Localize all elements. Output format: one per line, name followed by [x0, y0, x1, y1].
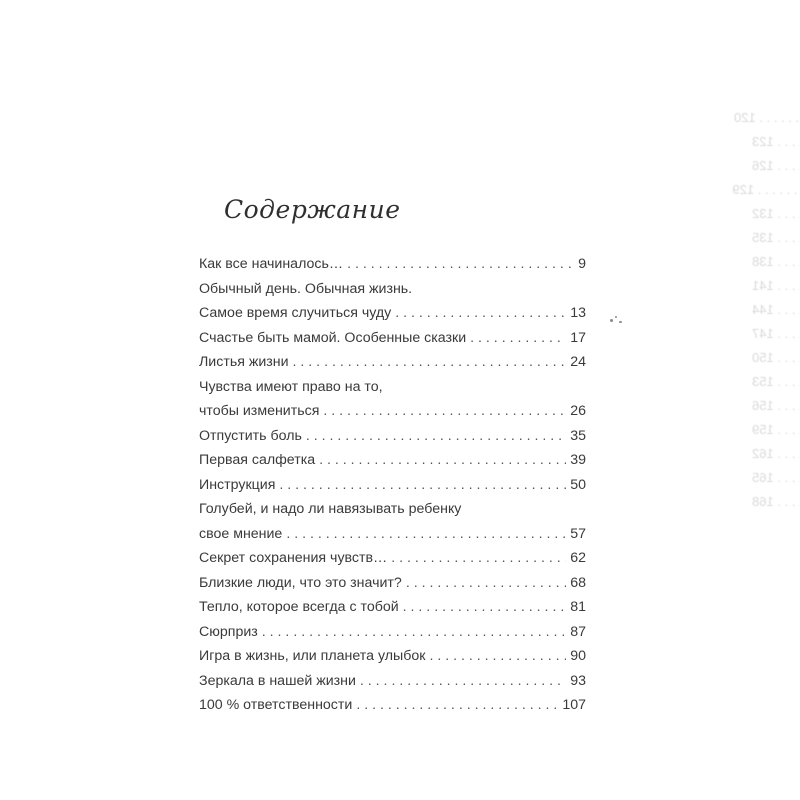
- bleed-through-text: Глухой стук и тихий голос . . . . . . . …: [752, 106, 800, 514]
- toc-entry: 100 % ответственности107: [199, 697, 586, 722]
- toc-entry-title: свое мнение: [199, 526, 282, 542]
- toc-entry-title: Тепло, которое всегда с тобой: [199, 599, 399, 615]
- toc-entry-page-number: 62: [570, 550, 586, 566]
- toc-entry-page-number: 90: [570, 648, 586, 664]
- bleed-through-line: Время . . . . . . . . 156: [752, 394, 800, 418]
- toc-entry: Отпустить боль35: [199, 428, 586, 453]
- toc-entry: Секрет сохранения чувств…62: [199, 550, 586, 575]
- bleed-through-line: Розовые облака . . . . . . . . 123: [752, 130, 800, 154]
- toc-entry-page-number: 39: [570, 452, 586, 468]
- bleed-through-line: Сумасшедшие . . . . . . . . 147: [752, 322, 800, 346]
- toc-entry-title: Первая салфетка: [199, 452, 315, 468]
- toc-entry-title: Инструкция: [199, 477, 275, 493]
- bleed-through-line: Сладкое одиночество . . . . . . . . 138: [752, 250, 800, 274]
- toc-entry: Игра в жизнь, или планета улыбок90: [199, 648, 586, 673]
- dot-leader: [360, 673, 566, 689]
- bleed-through-line: Знакомство . . . . . . . . 135: [752, 226, 800, 250]
- toc-entry-page-number: 13: [570, 305, 586, 321]
- toc-entry: Близкие люди, что это значит?68: [199, 575, 586, 600]
- bleed-through-line: Надежда . . . . . . . . 162: [752, 442, 800, 466]
- toc-entry: Как все начиналось…9: [199, 256, 586, 281]
- dot-leader: [306, 428, 566, 444]
- toc-entry-title: 100 % ответственности: [199, 697, 352, 713]
- dot-leader: [356, 697, 558, 713]
- dot-leader: [429, 648, 566, 664]
- toc-entry: Листья жизни24: [199, 354, 586, 379]
- dot-leader: [262, 624, 566, 640]
- toc-entry: свое мнение57: [199, 526, 586, 551]
- toc-entry-page-number: 9: [578, 256, 586, 272]
- toc-entry-title: Счастье быть мамой. Особенные сказки: [199, 330, 466, 346]
- toc-entry: Инструкция50: [199, 477, 586, 502]
- toc-entry-page-number: 57: [570, 526, 586, 542]
- bleed-through-line: Когда начинается счастье . . . . . . . .…: [752, 178, 800, 202]
- dot-leader: [403, 599, 567, 615]
- toc-entry: Обычный день. Обычная жизнь.: [199, 281, 586, 306]
- bleed-through-line: Утренний кофе . . . . . . . . 141: [752, 274, 800, 298]
- toc-entry-page-number: 26: [570, 403, 586, 419]
- bleed-through-line: Перемены . . . . . . . . 159: [752, 418, 800, 442]
- toc-entry-title: чтобы измениться: [199, 403, 319, 419]
- bleed-through-line: Глухой стук и тихий голос . . . . . . . …: [752, 106, 800, 130]
- toc-entry-title: Как все начиналось…: [199, 256, 343, 272]
- dot-leader: [293, 354, 567, 370]
- dot-leader: [391, 550, 566, 566]
- bleed-through-line: История жизни . . . . . . . . 126: [752, 154, 800, 178]
- toc-entry: Счастье быть мамой. Особенные сказки17: [199, 330, 586, 355]
- dot-leader: [406, 575, 566, 591]
- toc-entry-page-number: 35: [570, 428, 586, 444]
- dot-leader: [395, 305, 566, 321]
- toc-entry-title: Обычный день. Обычная жизнь.: [199, 281, 412, 297]
- dot-leader: [470, 330, 566, 346]
- toc-entry: Голубей, и надо ли навязывать ребенку: [199, 501, 586, 526]
- toc-entry: Сюрприз87: [199, 624, 586, 649]
- toc-entry-page-number: 17: [570, 330, 586, 346]
- toc-entry-page-number: 87: [570, 624, 586, 640]
- toc-entry-title: Чувства имеют право на то,: [199, 379, 383, 395]
- toc-entry-page-number: 93: [570, 673, 586, 689]
- bleed-through-line: Нежность . . . . . . . . 150: [752, 346, 800, 370]
- bleed-through-line: Свободный выбор . . . . . . . . 132: [752, 202, 800, 226]
- toc-entry-page-number: 81: [570, 599, 586, 615]
- page-title: Содержание: [224, 195, 401, 224]
- toc-entry-title: Близкие люди, что это значит?: [199, 575, 402, 591]
- toc-entry-page-number: 68: [570, 575, 586, 591]
- toc-entry-page-number: 50: [570, 477, 586, 493]
- toc-entry-title: Секрет сохранения чувств…: [199, 550, 387, 566]
- toc-entry-title: Самое время случиться чуду: [199, 305, 391, 321]
- dot-leader: [347, 256, 574, 272]
- bleed-through-line: Подарок . . . . . . . . 165: [752, 466, 800, 490]
- dot-leader: [279, 477, 566, 493]
- toc-entry-page-number: 107: [562, 697, 586, 713]
- toc-entry: Чувства имеют право на то,: [199, 379, 586, 404]
- toc-entry: Первая салфетка39: [199, 452, 586, 477]
- dot-leader: [286, 526, 566, 542]
- paper-speck: [610, 316, 624, 326]
- bleed-through-line: Мечты . . . . . . . . 153: [752, 370, 800, 394]
- bleed-through-line: Жизнь . . . . . . . . 168: [752, 490, 800, 514]
- toc-entry-title: Голубей, и надо ли навязывать ребенку: [199, 501, 461, 517]
- toc-entry-title: Листья жизни: [199, 354, 289, 370]
- table-of-contents: Как все начиналось…9Обычный день. Обычна…: [199, 256, 586, 722]
- toc-entry-title: Зеркала в нашей жизни: [199, 673, 356, 689]
- toc-entry-title: Отпустить боль: [199, 428, 302, 444]
- dot-leader: [323, 403, 566, 419]
- toc-entry-page-number: 24: [570, 354, 586, 370]
- toc-entry-title: Сюрприз: [199, 624, 258, 640]
- toc-entry-title: Игра в жизнь, или планета улыбок: [199, 648, 425, 664]
- toc-entry: Зеркала в нашей жизни93: [199, 673, 586, 698]
- toc-entry: Тепло, которое всегда с тобой81: [199, 599, 586, 624]
- toc-entry: чтобы измениться26: [199, 403, 586, 428]
- bleed-through-line: Другие люди . . . . . . . . 144: [752, 298, 800, 322]
- dot-leader: [319, 452, 566, 468]
- toc-entry: Самое время случиться чуду13: [199, 305, 586, 330]
